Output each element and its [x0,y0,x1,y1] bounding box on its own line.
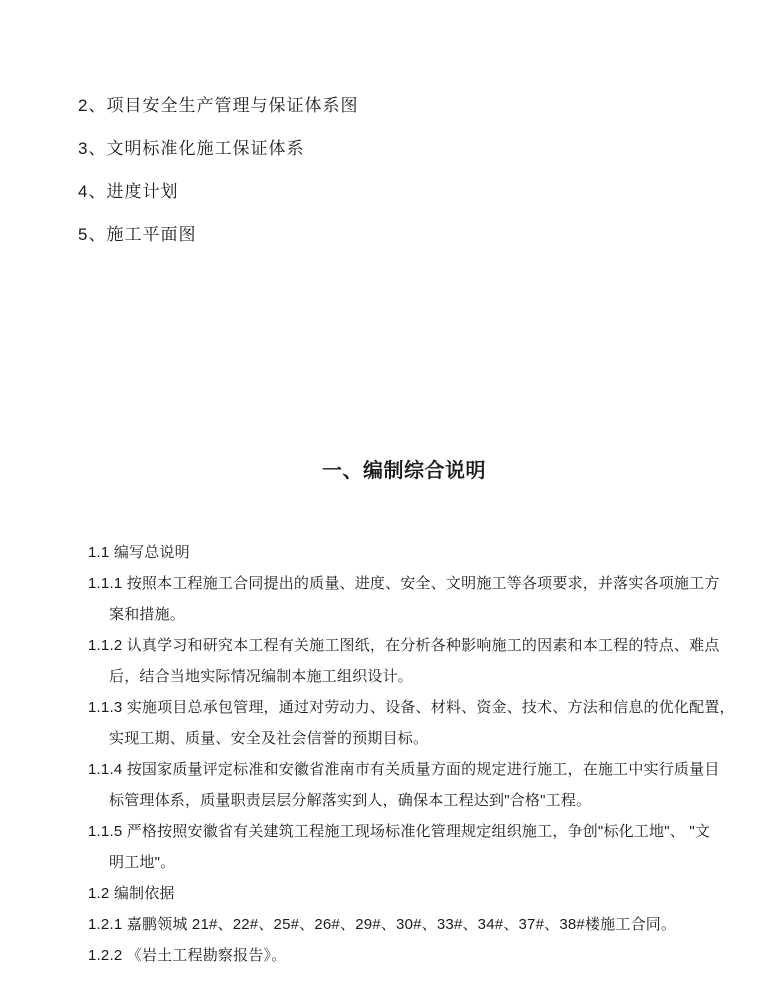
section-title: 一、编制综合说明 [88,457,720,486]
paragraph-1-2-2: 1.2.2 《岩土工程勘察报告》。 [88,940,748,971]
paragraph-line: 1.2 编制依据 [88,878,748,909]
paragraph-line: 实现工期、质量、安全及社会信誉的预期目标。 [88,723,748,754]
paragraph-1-1-4: 1.1.4 按国家质量评定标准和安徽省淮南市有关质量方面的规定进行施工，在施工中… [88,754,748,816]
paragraph-line: 1.1.3 实施项目总承包管理，通过对劳动力、设备、材料、资金、技术、方法和信息… [88,692,748,723]
document-page: 2、项目安全生产管理与保证体系图 3、文明标准化施工保证体系 4、进度计划 5、… [0,0,765,990]
paragraph-line: 1.1.5 严格按照安徽省有关建筑工程施工现场标准化管理规定组织施工，争创"标化… [88,816,748,847]
outline-list: 2、项目安全生产管理与保证体系图 3、文明标准化施工保证体系 4、进度计划 5、… [78,84,358,256]
paragraph-line: 明工地"。 [88,847,748,878]
paragraph-1-1-2: 1.1.2 认真学习和研究本工程有关施工图纸，在分析各种影响施工的因素和本工程的… [88,630,748,692]
paragraph-1-2-1: 1.2.1 嘉鹏领城 21#、22#、25#、26#、29#、30#、33#、3… [88,909,748,940]
paragraph-1-2: 1.2 编制依据 [88,878,748,909]
paragraph-1-1-5: 1.1.5 严格按照安徽省有关建筑工程施工现场标准化管理规定组织施工，争创"标化… [88,816,748,878]
paragraph-line: 1.1.4 按国家质量评定标准和安徽省淮南市有关质量方面的规定进行施工，在施工中… [88,754,748,785]
paragraph-1-1-1: 1.1.1 按照本工程施工合同提出的质量、进度、安全、文明施工等各项要求，并落实… [88,568,748,630]
paragraph-line: 案和措施。 [88,599,748,630]
body-text-block: 1.1 编写总说明 1.1.1 按照本工程施工合同提出的质量、进度、安全、文明施… [88,537,748,971]
outline-item-4: 4、进度计划 [78,170,358,213]
outline-item-3: 3、文明标准化施工保证体系 [78,127,358,170]
paragraph-line: 1.1 编写总说明 [88,537,748,568]
paragraph-line: 1.2.2 《岩土工程勘察报告》。 [88,940,748,971]
outline-item-5: 5、施工平面图 [78,213,358,256]
paragraph-line: 1.2.1 嘉鹏领城 21#、22#、25#、26#、29#、30#、33#、3… [88,909,748,940]
paragraph-line: 后，结合当地实际情况编制本施工组织设计。 [88,661,748,692]
paragraph-line: 1.1.1 按照本工程施工合同提出的质量、进度、安全、文明施工等各项要求，并落实… [88,568,748,599]
paragraph-1-1-3: 1.1.3 实施项目总承包管理，通过对劳动力、设备、材料、资金、技术、方法和信息… [88,692,748,754]
outline-item-2: 2、项目安全生产管理与保证体系图 [78,84,358,127]
paragraph-1-1: 1.1 编写总说明 [88,537,748,568]
paragraph-line: 1.1.2 认真学习和研究本工程有关施工图纸，在分析各种影响施工的因素和本工程的… [88,630,748,661]
paragraph-line: 标管理体系，质量职责层层分解落实到人，确保本工程达到"合格"工程。 [88,785,748,816]
